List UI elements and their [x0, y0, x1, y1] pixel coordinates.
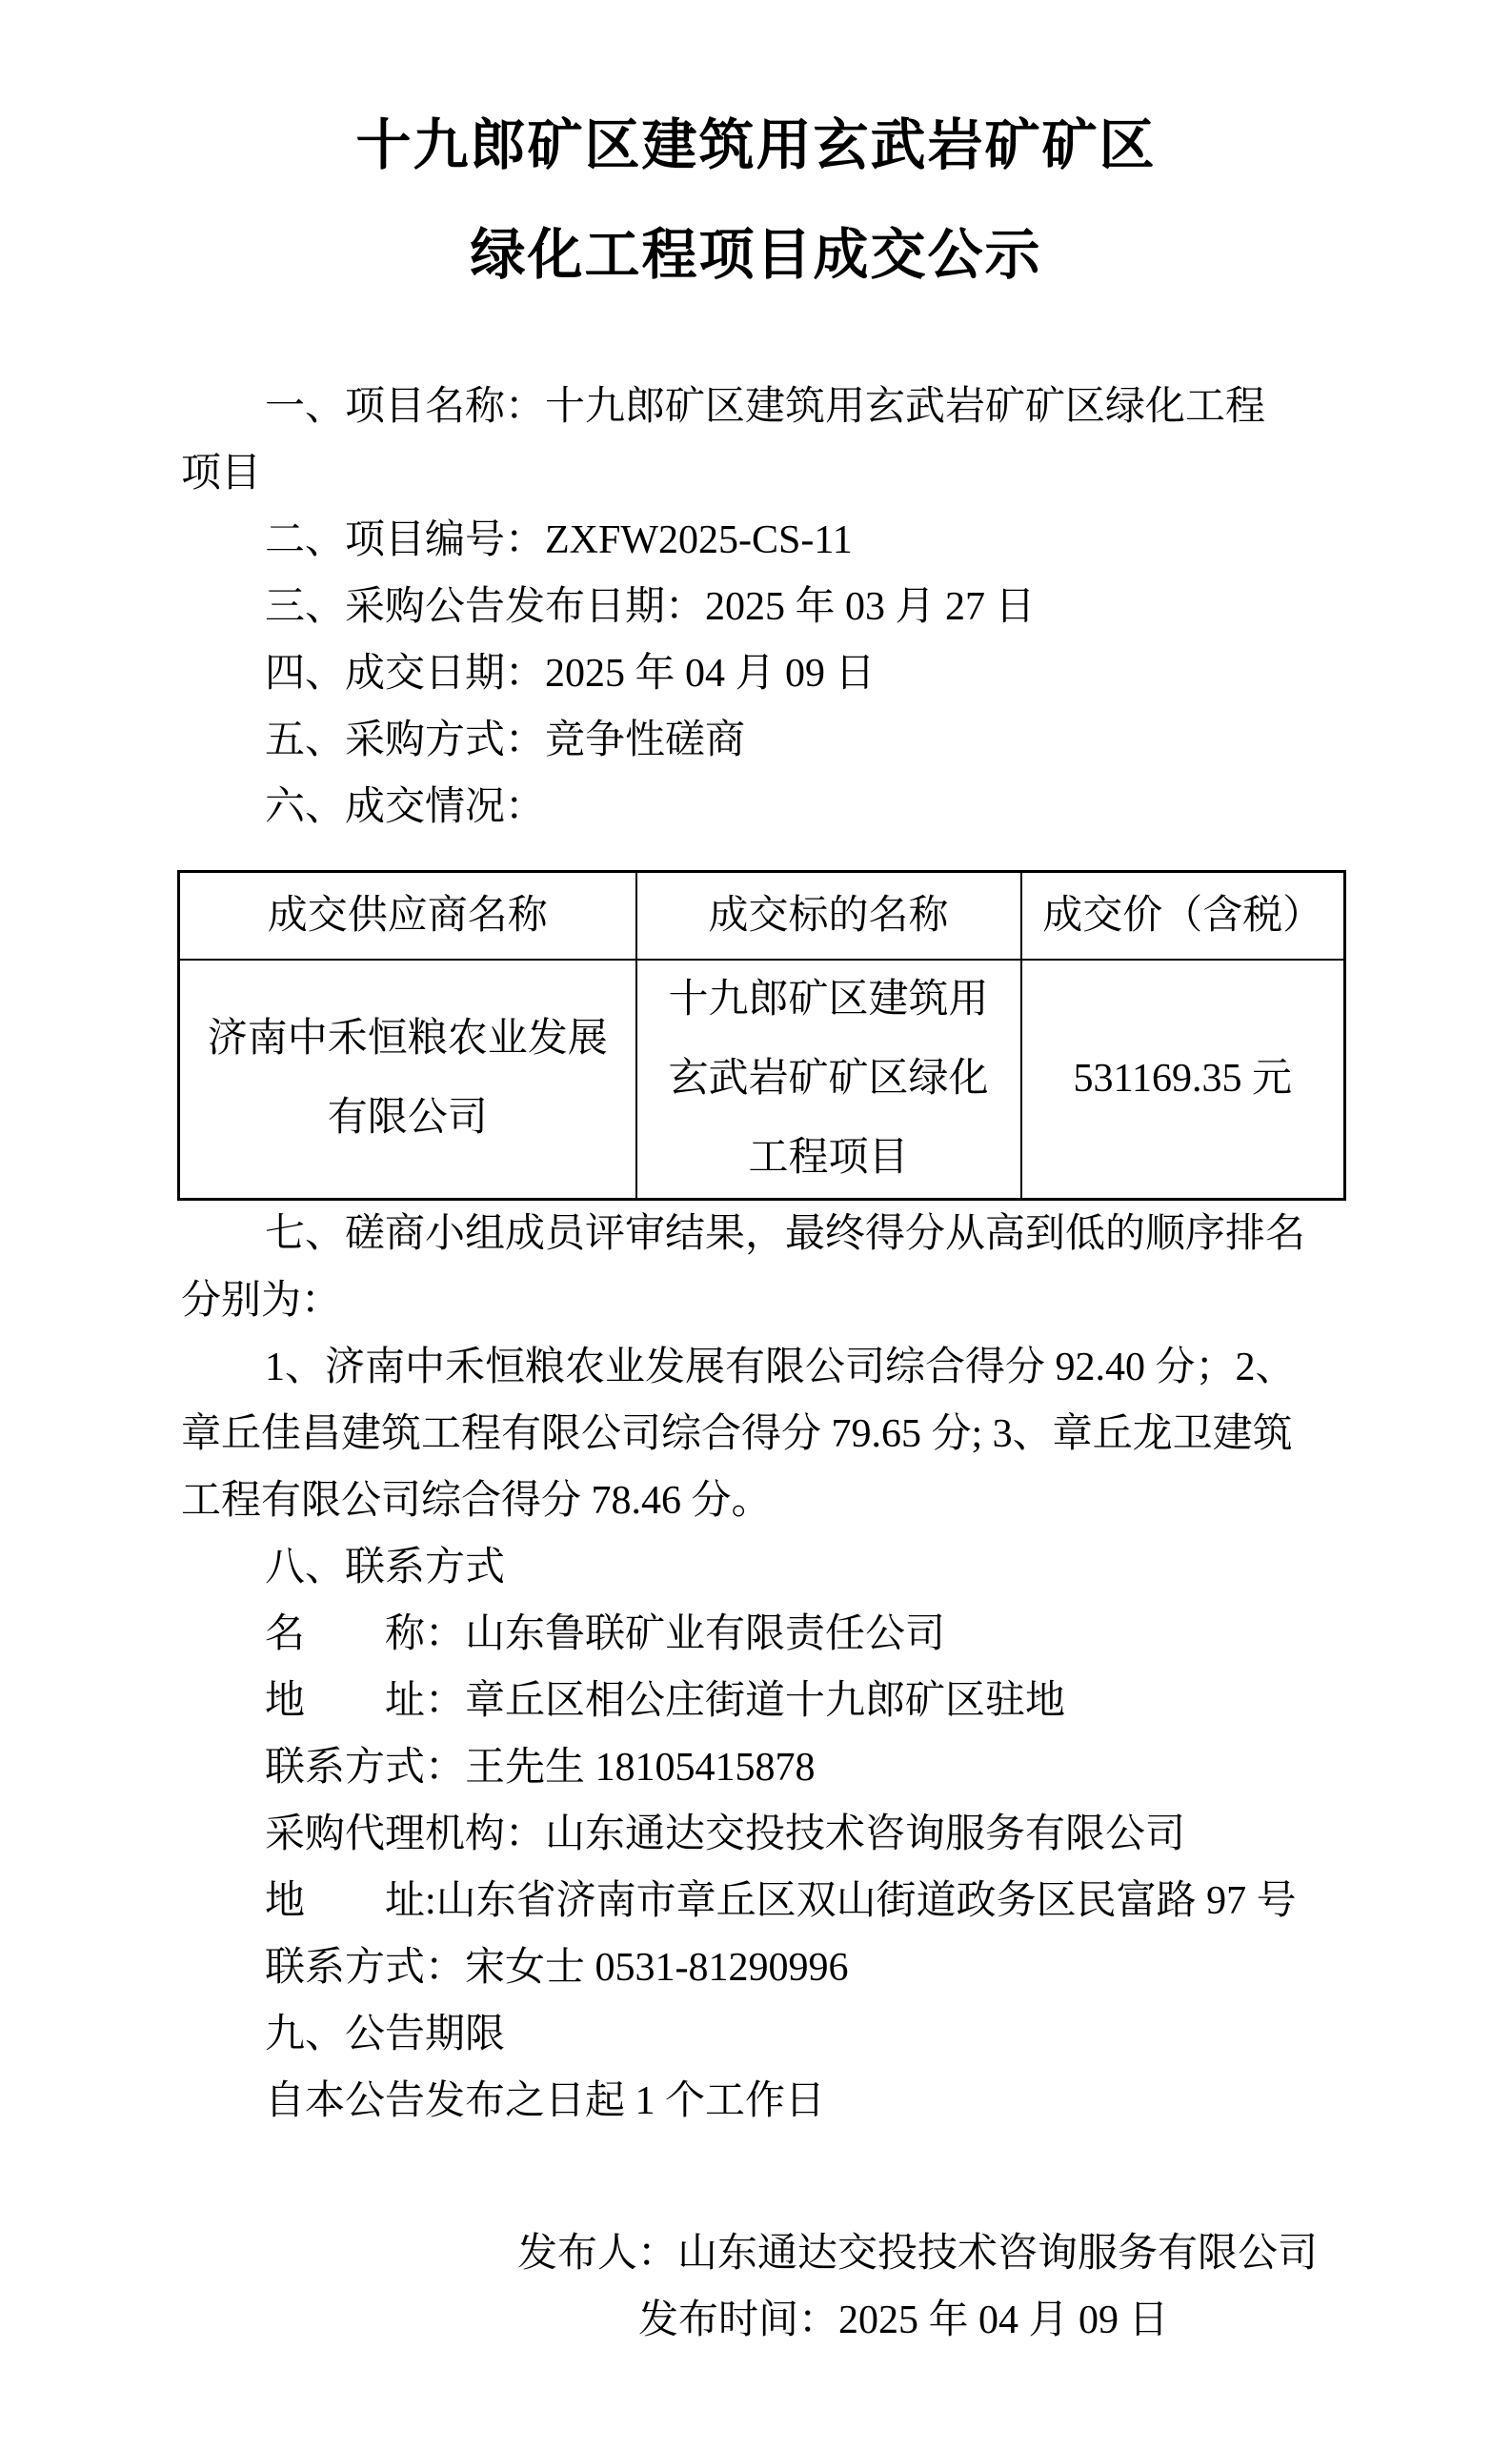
para-award-date: 四、成交日期：2025 年 04 月 09 日 — [181, 640, 1369, 707]
award-table-header-row: 成交供应商名称 成交标的名称 成交价（含税） — [179, 872, 1345, 960]
cell-price: 531169.35 元 — [1021, 960, 1345, 1200]
document-page: 十九郎矿区建筑用玄武岩矿矿区 绿化工程项目成交公示 一、项目名称：十九郎矿区建筑… — [0, 0, 1512, 2450]
para-org-name: 名 称：山东鲁联矿业有限责任公司 — [181, 1601, 1369, 1668]
para-notice-period: 自本公告发布之日起 1 个工作日 — [181, 2068, 1369, 2135]
document-body: 一、项目名称：十九郎矿区建筑用玄武岩矿矿区绿化工程 项目 二、项目编号：ZXFW… — [181, 374, 1369, 2354]
publisher-line: 发布人：山东通达交投技术咨询服务有限公司 — [181, 2220, 1369, 2287]
cell-subject-name: 十九郎矿区建筑用 玄武岩矿矿区绿化 工程项目 — [636, 960, 1021, 1200]
para-agency-name: 采购代理机构：山东通达交投技术咨询服务有限公司 — [181, 1801, 1369, 1868]
award-table: 成交供应商名称 成交标的名称 成交价（含税） 济南中禾恒粮农业发展 有限公司 十… — [177, 870, 1346, 1201]
supplier-line: 济南中禾恒粮农业发展 — [180, 1000, 635, 1079]
award-table-data-row: 济南中禾恒粮农业发展 有限公司 十九郎矿区建筑用 玄武岩矿矿区绿化 工程项目 5… — [179, 960, 1345, 1200]
para-announce-date: 三、采购公告发布日期：2025 年 03 月 27 日 — [181, 574, 1369, 640]
cell-supplier-name: 济南中禾恒粮农业发展 有限公司 — [179, 960, 636, 1200]
para-project-name-2: 项目 — [181, 440, 1369, 507]
para-org-contact: 联系方式：王先生 18105415878 — [181, 1734, 1369, 1801]
para-contact-heading: 八、联系方式 — [181, 1534, 1369, 1601]
subject-line: 十九郎矿区建筑用 — [637, 961, 1020, 1040]
subject-line: 工程项目 — [637, 1119, 1020, 1198]
header-subject-name: 成交标的名称 — [636, 872, 1021, 960]
para-award-info-label: 六、成交情况： — [181, 774, 1369, 840]
para-project-number: 二、项目编号：ZXFW2025-CS-11 — [181, 507, 1369, 574]
para-agency-contact: 联系方式：宋女士 0531-81290996 — [181, 1934, 1369, 2001]
publish-time-line: 发布时间：2025 年 04 月 09 日 — [181, 2287, 1369, 2354]
header-supplier-name: 成交供应商名称 — [179, 872, 636, 960]
para-notice-period-heading: 九、公告期限 — [181, 2001, 1369, 2068]
para-review-result-1: 七、磋商小组成员评审结果，最终得分从高到低的顺序排名 — [181, 1201, 1369, 1267]
para-scores-2: 章丘佳昌建筑工程有限公司综合得分 79.65 分; 3、章丘龙卫建筑 — [181, 1401, 1369, 1468]
para-scores-3: 工程有限公司综合得分 78.46 分。 — [181, 1468, 1369, 1534]
title-line-2: 绿化工程项目成交公示 — [0, 200, 1512, 310]
supplier-line: 有限公司 — [180, 1079, 635, 1158]
para-scores-1: 1、济南中禾恒粮农业发展有限公司综合得分 92.40 分；2、 — [181, 1334, 1369, 1401]
para-org-address: 地 址：章丘区相公庄街道十九郎矿区驻地 — [181, 1668, 1369, 1734]
para-agency-address: 地 址:山东省济南市章丘区双山街道政务区民富路 97 号 — [181, 1868, 1369, 1934]
para-procurement-method: 五、采购方式：竞争性磋商 — [181, 707, 1369, 774]
title-line-1: 十九郎矿区建筑用玄武岩矿矿区 — [0, 91, 1512, 200]
para-project-name-1: 一、项目名称：十九郎矿区建筑用玄武岩矿矿区绿化工程 — [181, 374, 1369, 440]
header-price: 成交价（含税） — [1021, 872, 1345, 960]
para-review-result-2: 分别为： — [181, 1267, 1369, 1334]
document-title: 十九郎矿区建筑用玄武岩矿矿区 绿化工程项目成交公示 — [0, 0, 1512, 310]
subject-line: 玄武岩矿矿区绿化 — [637, 1040, 1020, 1119]
